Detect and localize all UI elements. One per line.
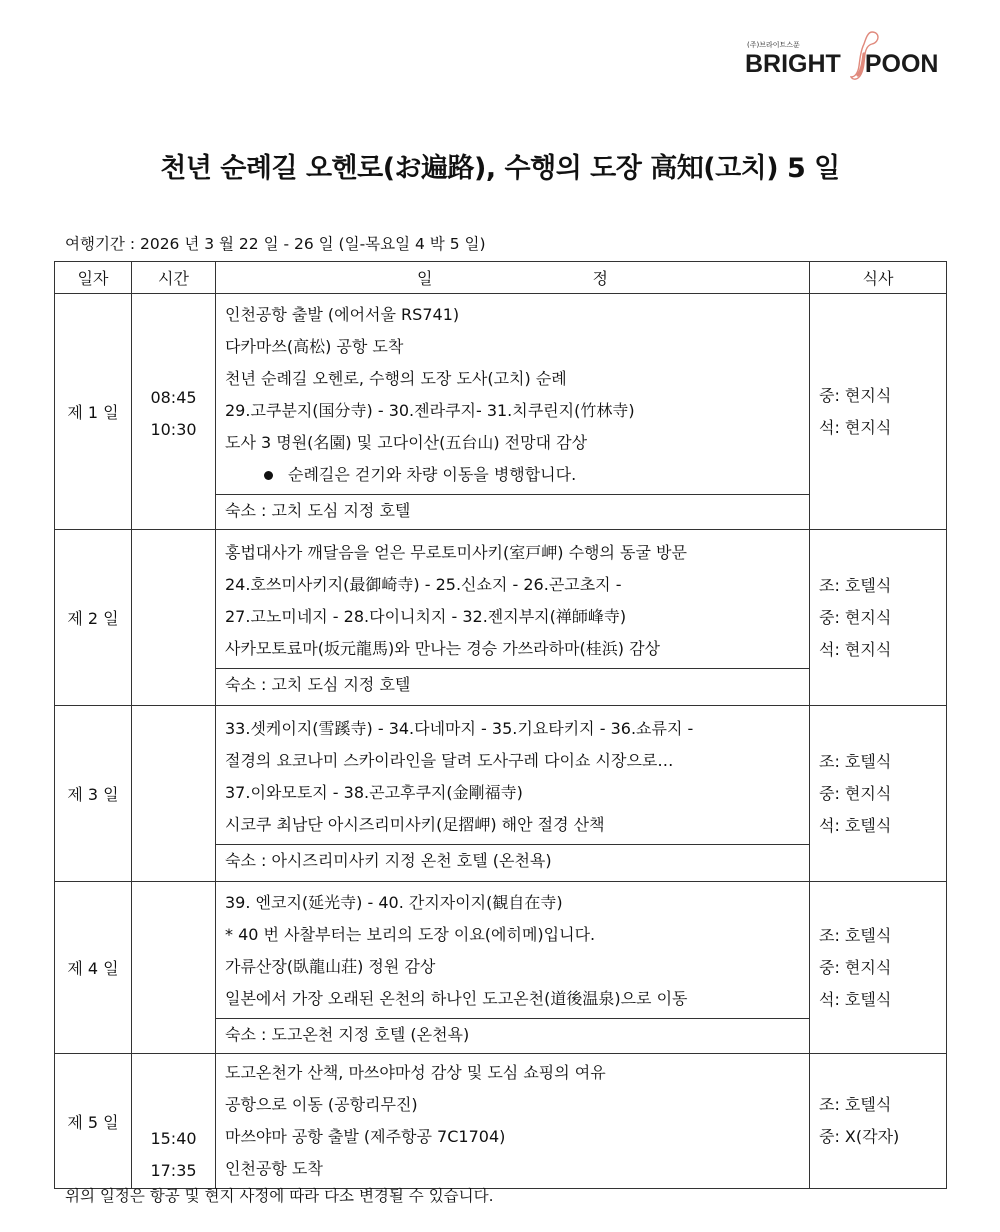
time-cell xyxy=(132,706,216,882)
meal-item: 중: 현지식 xyxy=(819,380,946,412)
day-label: 제 5 일 xyxy=(55,1054,132,1189)
time-value xyxy=(132,1091,215,1123)
schedule-cell: 홍법대사가 깨달음을 얻은 무로토미사키(室戸岬) 수행의 동굴 방문 24.호… xyxy=(216,530,810,706)
header-meal: 식사 xyxy=(810,262,947,294)
schedule-cell: 도고온천가 산책, 마쓰야마성 감상 및 도심 쇼핑의 여유 공항으로 이동 (… xyxy=(216,1054,810,1189)
schedule-line: 마쓰야마 공항 출발 (제주항공 7C1704) xyxy=(225,1121,809,1153)
table-row-day-4: 제 4 일 39. 엔코지(延光寺) - 40. 간지자이지(観自在寺) * 4… xyxy=(55,882,947,1054)
meal-cell: 조: 호텔식 중: 현지식 석: 현지식 xyxy=(810,530,947,706)
schedule-line: 37.이와모토지 - 38.곤고후쿠지(金剛福寺) xyxy=(225,777,809,809)
meal-item: 석: 현지식 xyxy=(819,634,946,666)
logo-text-poon: POON xyxy=(865,50,939,78)
meal-cell: 조: 호텔식 중: X(각자) xyxy=(810,1054,947,1189)
time-value xyxy=(132,1059,215,1091)
table-row-day-2: 제 2 일 홍법대사가 깨달음을 얻은 무로토미사키(室戸岬) 수행의 동굴 방… xyxy=(55,530,947,706)
day-label: 제 4 일 xyxy=(55,882,132,1054)
schedule-line: 절경의 요코나미 스카이라인을 달려 도사구레 다이쇼 시장으로… xyxy=(225,745,809,777)
schedule-line: 사카모토료마(坂元龍馬)와 만나는 경승 가쓰라하마(桂浜) 감상 xyxy=(225,633,809,665)
header-schedule-right: 정 xyxy=(593,269,608,288)
meal-item: 중: 현지식 xyxy=(819,952,946,984)
meal-cell: 중: 현지식 석: 현지식 xyxy=(810,294,947,530)
bullet-text: 순례길은 걷기와 차량 이동을 병행합니다. xyxy=(259,465,576,484)
header-day: 일자 xyxy=(55,262,132,294)
schedule-line: 공항으로 이동 (공항리무진) xyxy=(225,1089,809,1121)
hotel-line: 숙소 : 도고온천 지정 호텔 (온천욕) xyxy=(216,1018,809,1051)
logo-wordmark: BRIGHTPOON xyxy=(745,50,938,79)
meal-cell: 조: 호텔식 중: 현지식 석: 호텔식 xyxy=(810,706,947,882)
time-cell xyxy=(132,882,216,1054)
brightspoon-logo: (주)브라이트스푼 BRIGHTPOON xyxy=(745,30,955,80)
meal-item: 석: 호텔식 xyxy=(819,810,946,842)
day-label: 제 1 일 xyxy=(55,294,132,530)
schedule-change-notice: 위의 일정은 항공 및 현지 사정에 따라 다소 변경될 수 있습니다. xyxy=(65,1184,494,1206)
schedule-line: 29.고쿠분지(国分寺) - 30.젠라쿠지- 31.치쿠린지(竹林寺) xyxy=(225,395,809,427)
table-row-day-5: 제 5 일 15:40 17:35 도고온천가 산책, 마쓰야마성 감상 및 도… xyxy=(55,1054,947,1189)
logo-company-korean: (주)브라이트스푼 xyxy=(747,40,800,50)
schedule-line: 인천공항 출발 (에어서울 RS741) xyxy=(225,299,809,331)
hotel-line: 숙소 : 고치 도심 지정 호텔 xyxy=(216,668,809,701)
table-header-row: 일자 시간 일정 식사 xyxy=(55,262,947,294)
time-value: 08:45 xyxy=(132,382,215,414)
schedule-line: * 40 번 사찰부터는 보리의 도장 이요(에히메)입니다. xyxy=(225,919,809,951)
time-value: 17:35 xyxy=(132,1155,215,1187)
header-time: 시간 xyxy=(132,262,216,294)
schedule-line: 39. 엔코지(延光寺) - 40. 간지자이지(観自在寺) xyxy=(225,887,809,919)
schedule-bullet-note: 순례길은 걷기와 차량 이동을 병행합니다. xyxy=(225,459,809,491)
schedule-line: 홍법대사가 깨달음을 얻은 무로토미사키(室戸岬) 수행의 동굴 방문 xyxy=(225,537,809,569)
table-row-day-3: 제 3 일 33.셋케이지(雪蹊寺) - 34.다네마지 - 35.기요타키지 … xyxy=(55,706,947,882)
day-label: 제 3 일 xyxy=(55,706,132,882)
day-label: 제 2 일 xyxy=(55,530,132,706)
header-schedule: 일정 xyxy=(216,262,810,294)
schedule-line: 27.고노미네지 - 28.다이니치지 - 32.젠지부지(禅師峰寺) xyxy=(225,601,809,633)
table-row-day-1: 제 1 일 08:45 10:30 인천공항 출발 (에어서울 RS741) 다… xyxy=(55,294,947,530)
logo-text-bright: BRIGHT xyxy=(745,50,841,78)
meal-item: 중: X(각자) xyxy=(819,1121,946,1153)
meal-item: 조: 호텔식 xyxy=(819,746,946,778)
meal-item: 중: 현지식 xyxy=(819,602,946,634)
schedule-line: 24.호쓰미사키지(最御崎寺) - 25.신쇼지 - 26.곤고초지 - xyxy=(225,569,809,601)
schedule-line: 다카마쓰(高松) 공항 도착 xyxy=(225,331,809,363)
meal-item: 조: 호텔식 xyxy=(819,920,946,952)
time-cell: 08:45 10:30 xyxy=(132,294,216,530)
time-cell: 15:40 17:35 xyxy=(132,1054,216,1189)
schedule-line: 33.셋케이지(雪蹊寺) - 34.다네마지 - 35.기요타키지 - 36.쇼… xyxy=(225,713,809,745)
hotel-line: 숙소 : 고치 도심 지정 호텔 xyxy=(216,494,809,527)
page-title: 천년 순례길 오헨로(お遍路), 수행의 도장 高知(고치) 5 일 xyxy=(0,146,1000,185)
time-cell xyxy=(132,530,216,706)
meal-item: 석: 호텔식 xyxy=(819,984,946,1016)
schedule-line: 인천공항 도착 xyxy=(225,1153,809,1185)
schedule-line: 일본에서 가장 오래된 온천의 하나인 도고온천(道後温泉)으로 이동 xyxy=(225,983,809,1015)
schedule-cell: 39. 엔코지(延光寺) - 40. 간지자이지(観自在寺) * 40 번 사찰… xyxy=(216,882,810,1054)
schedule-line: 시코쿠 최남단 아시즈리미사키(足摺岬) 해안 절경 산책 xyxy=(225,809,809,841)
meal-item: 중: 현지식 xyxy=(819,778,946,810)
meal-item: 조: 호텔식 xyxy=(819,1089,946,1121)
header-schedule-left: 일 xyxy=(417,269,432,288)
schedule-line: 도고온천가 산책, 마쓰야마성 감상 및 도심 쇼핑의 여유 xyxy=(225,1057,809,1089)
schedule-line: 가류산장(臥龍山荘) 정원 감상 xyxy=(225,951,809,983)
hotel-line: 숙소 : 아시즈리미사키 지정 온천 호텔 (온천욕) xyxy=(216,844,809,877)
schedule-line: 도사 3 명원(名園) 및 고다이산(五台山) 전망대 감상 xyxy=(225,427,809,459)
travel-period: 여행기간 : 2026 년 3 월 22 일 - 26 일 (일-목요일 4 박… xyxy=(65,232,486,254)
meal-item: 석: 현지식 xyxy=(819,412,946,444)
schedule-line: 천년 순례길 오헨로, 수행의 도장 도사(고치) 순례 xyxy=(225,363,809,395)
meal-cell: 조: 호텔식 중: 현지식 석: 호텔식 xyxy=(810,882,947,1054)
itinerary-table: 일자 시간 일정 식사 제 1 일 08:45 10:30 인천공항 출발 (에… xyxy=(54,261,947,1189)
meal-item: 조: 호텔식 xyxy=(819,570,946,602)
time-value: 10:30 xyxy=(132,414,215,446)
schedule-cell: 33.셋케이지(雪蹊寺) - 34.다네마지 - 35.기요타키지 - 36.쇼… xyxy=(216,706,810,882)
time-value: 15:40 xyxy=(132,1123,215,1155)
schedule-cell: 인천공항 출발 (에어서울 RS741) 다카마쓰(高松) 공항 도착 천년 순… xyxy=(216,294,810,530)
